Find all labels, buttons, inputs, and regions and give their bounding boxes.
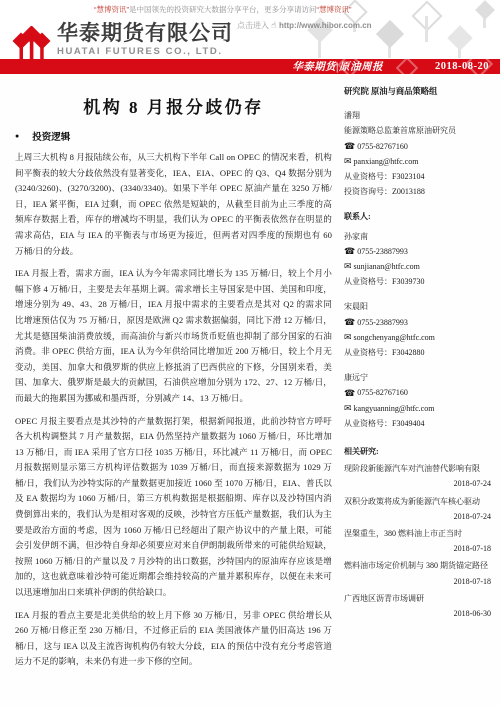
contacts-label: 联系人: [344,209,491,224]
research-sidebar: 研究院 原油与商品策略组 潘翔 能源策略总监兼首席原油研究员 ☎ 0755-82… [344,84,491,621]
report-series-label: 华泰期货|原油周报 [292,59,383,74]
contact-name: 康远宁 [344,370,491,385]
contact-phone: 0755-23887993 [357,244,408,259]
research-item-title: 双积分政策将成为新能源汽车核心驱动 [344,494,491,509]
contact-phone-row: ☎ 0755-23887993 [344,315,491,330]
analyst-email-row: ✉ panxiang@htfc.com [344,154,491,169]
research-item: 广西地区沥青市场调研 2018-06-30 [344,591,491,621]
contact-phone: 0755-23887993 [357,315,408,330]
phone-icon: ☎ [344,389,355,398]
email-icon: ✉ [344,333,352,342]
contact-phone-row: ☎ 0755-23887993 [344,244,491,259]
hibor-url[interactable]: http://www.hibor.com.cn [279,21,372,30]
hibor-watermark: “慧博资讯”是中国领先的投资研究大数据分享平台，更多分享请访问“慧博资讯” [94,4,434,15]
analyst-name: 潘翔 [344,108,491,123]
company-identity: 华泰期货有限公司 HUATAI FUTURES CO., LTD. [57,23,233,57]
analyst-title: 能源策略总监兼首席原油研究员 [344,123,491,138]
report-type-bar: 华泰期货|原油周报 2018-08-20 [0,59,500,74]
paragraph: IEA 月报上看，需求方面，IEA 认为今年需求同比增长为 135 万桶/日，较… [15,266,332,406]
phone-icon: ☎ [344,318,355,327]
hibor-link[interactable]: 点击进入 ☝ http://www.hibor.com.cn [237,20,372,31]
research-item-title: 燃料油市场定价机制与 380 期货锚定路径 [344,558,491,573]
research-item-date: 2018-06-30 [344,606,491,621]
contact-name: 宋晨阳 [344,299,491,314]
contact-email: kangyuanning@htfc.com [354,401,435,416]
section-heading-investment-logic: ● 投资逻辑 [15,129,332,143]
related-research-heading: 相关研究: [344,444,491,459]
team-heading: 研究院 原油与商品策略组 [344,84,491,99]
contact-block: 宋晨阳 ☎ 0755-23887993 ✉ songchenyang@htfc.… [344,299,491,360]
contact-email-row: ✉ sunjianan@htfc.com [344,259,491,274]
paragraph: 上周三大机构 8 月报陆续公布，从三大机构下半年 Call on OPEC 的情… [15,150,332,259]
email-icon: ✉ [344,157,352,166]
research-item-date: 2018-07-18 [344,574,491,589]
page-header: “慧博资讯”是中国领先的投资研究大数据分享平台，更多分享请访问“慧博资讯” 华泰… [0,0,500,59]
paragraph: OPEC 月报主要看点是其沙特的产量数据打架，根据新闻报道，此前沙特官方呼吁各大… [15,414,332,601]
research-item: 涅槃重生，380 燃料油上市正当时 2018-07-18 [344,526,491,556]
research-item: 现阶段新能源汽车对汽油替代影响有限 2018-07-24 [344,461,491,491]
research-item: 双积分政策将成为新能源汽车核心驱动 2018-07-24 [344,494,491,524]
contact-cert-number: 从业资格号：F3042880 [344,345,491,360]
contact-email: songchenyang@htfc.com [354,330,435,345]
contact-block: 孙家南 ☎ 0755-23887993 ✉ sunjianan@htfc.com… [344,229,491,290]
contact-email-row: ✉ songchenyang@htfc.com [344,330,491,345]
main-article: 机构 8 月报分歧仍存 ● 投资逻辑 上周三大机构 8 月报陆续公布，从三大机构… [15,74,332,670]
bullet-icon: ● [15,133,19,140]
contact-name: 孙家南 [344,229,491,244]
company-name-cn: 华泰期货有限公司 [57,23,233,45]
huatai-logo-icon [10,26,52,60]
paragraph: IEA 月报的看点主要是北美供给的较上月下修 30 万桶/日，另非 OPEC 供… [15,608,332,670]
research-item-title: 现阶段新能源汽车对汽油替代影响有限 [344,461,491,476]
hibor-brand: “慧博资讯” [94,5,129,14]
research-item-date: 2018-07-24 [344,476,491,491]
phone-icon: ☎ [344,142,355,151]
analyst-email: panxiang@htfc.com [354,154,419,169]
research-item: 燃料油市场定价机制与 380 期货锚定路径 2018-07-18 [344,558,491,588]
report-date: 2018-08-20 [435,61,489,72]
company-name-en: HUATAI FUTURES CO., LTD. [57,46,233,57]
research-item-title: 涅槃重生，380 燃料油上市正当时 [344,526,491,541]
page-title: 机构 8 月报分歧仍存 [15,93,332,118]
contact-email: sunjianan@htfc.com [354,259,420,274]
hand-cursor-icon: ☝ [271,20,276,30]
watermark-text: 是中国领先的投资研究大数据分享平台，更多分享请访问 [129,5,317,14]
contact-phone: 0755-82767160 [357,385,408,400]
click-enter-label[interactable]: 点击进入 [237,21,269,30]
hibor-brand: “慧博资讯” [317,5,352,14]
analyst-cert-number: 从业资格号：F3023104 [344,169,491,184]
phone-icon: ☎ [344,247,355,256]
research-item-title: 广西地区沥青市场调研 [344,591,491,606]
contact-cert-number: 从业资格号：F3039730 [344,274,491,289]
email-icon: ✉ [344,404,352,413]
contact-phone-row: ☎ 0755-82767160 [344,385,491,400]
analyst-phone: 0755-82767160 [357,139,408,154]
analyst-phone-row: ☎ 0755-82767160 [344,139,491,154]
section-heading-label: 投资逻辑 [32,129,70,143]
contact-block: 康远宁 ☎ 0755-82767160 ✉ kangyuanning@htfc.… [344,370,491,431]
analyst-advisory-number: 投资咨询号：Z0013188 [344,184,491,199]
research-item-date: 2018-07-18 [344,541,491,556]
email-icon: ✉ [344,262,352,271]
report-page: “慧博资讯”是中国领先的投资研究大数据分享平台，更多分享请访问“慧博资讯” 华泰… [0,0,500,707]
contact-email-row: ✉ kangyuanning@htfc.com [344,401,491,416]
contact-cert-number: 从业资格号：F3049404 [344,416,491,431]
research-item-date: 2018-07-24 [344,509,491,524]
